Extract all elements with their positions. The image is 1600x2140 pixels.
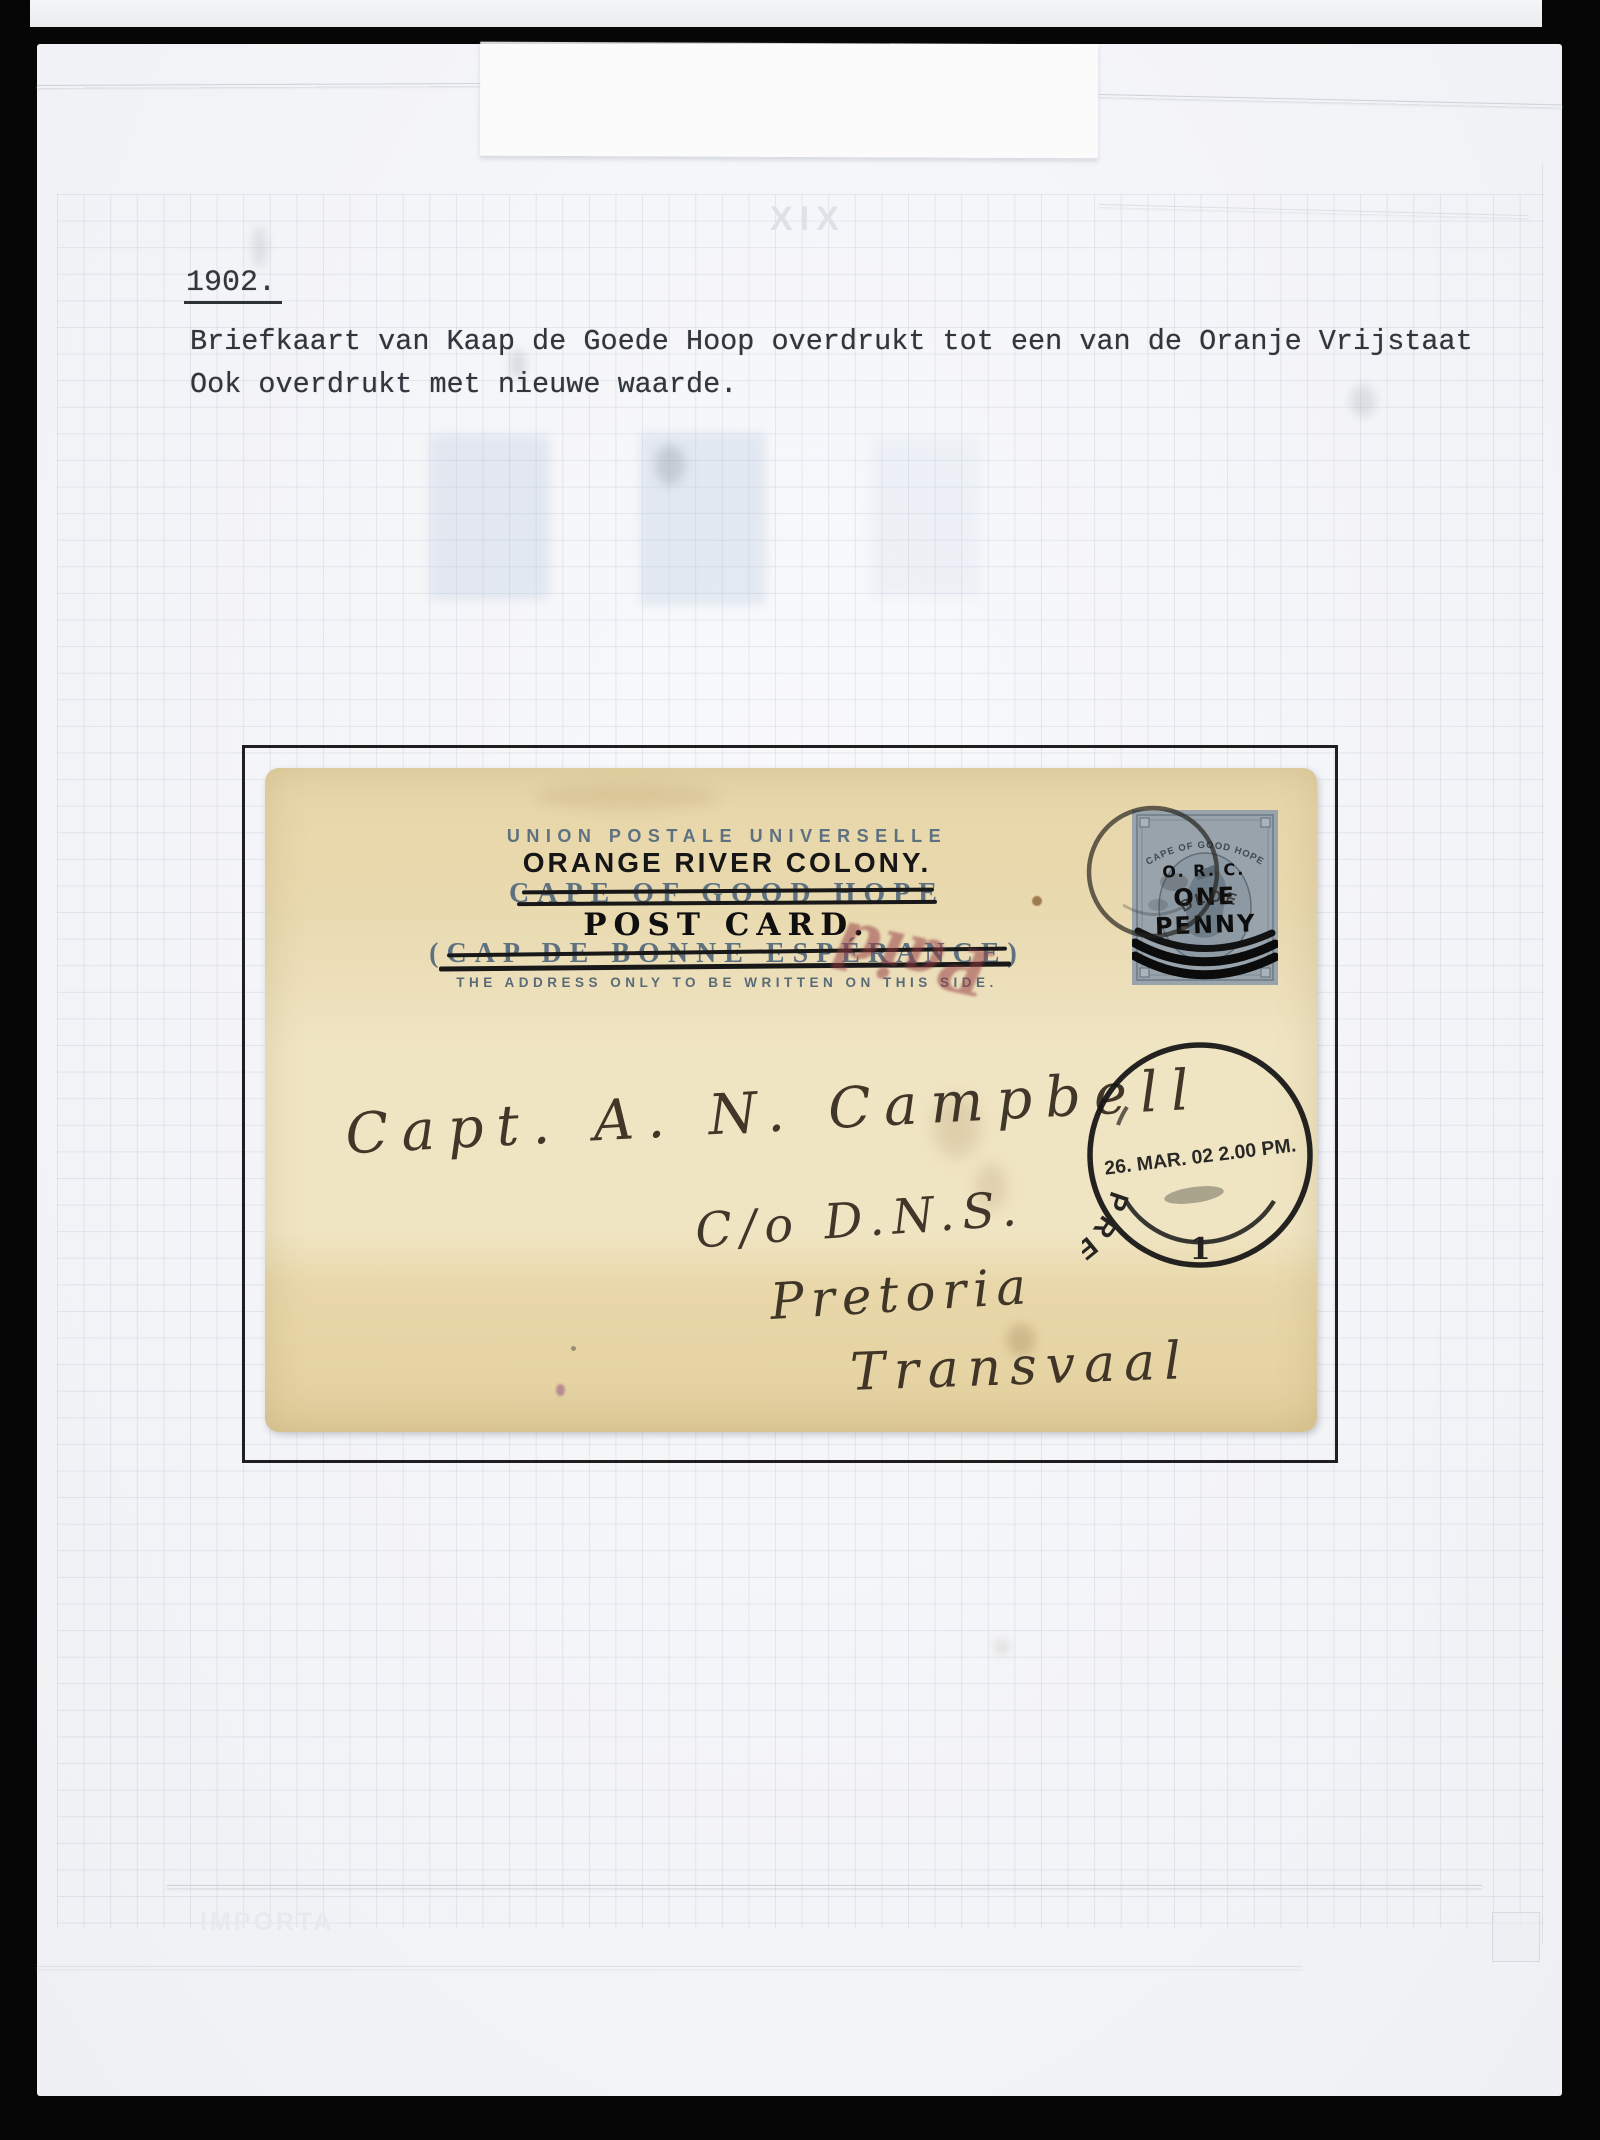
interleaf-edge-right [1099, 94, 1562, 108]
album-page: XIX 1902. Briefkaart van Kaap de Goede H… [37, 44, 1562, 2096]
cds-smudges [1123, 873, 1188, 915]
address-line-3: Pretoria [768, 1257, 1034, 1331]
address-line-1: Capt. A. N. Campbell [344, 1058, 1203, 1168]
card-speck [571, 1346, 576, 1351]
crease-line-upper [167, 1885, 1482, 1888]
svg-text:PRETORIA: PRETORIA [1082, 1167, 1135, 1273]
year-heading: 1902. [184, 266, 282, 304]
postcard: UNION POSTALE UNIVERSELLE ORANGE RIVER C… [265, 768, 1317, 1432]
cds-town-text: BLOEMFONTEIN [1177, 889, 1238, 957]
ghost-numeral: XIX [770, 200, 846, 239]
cds-ring [1089, 808, 1217, 936]
interleaf-edge-center [480, 42, 1098, 160]
page-smudge [655, 445, 685, 485]
page-edge-line [1542, 164, 1543, 1944]
page-smudge [1350, 385, 1376, 417]
address-line-2: C/o D.N.S. [693, 1181, 1026, 1260]
upu-line: UNION POSTALE UNIVERSELLE [367, 826, 1087, 847]
corner-mount-mark [1492, 1912, 1540, 1962]
page-smudge [995, 1640, 1009, 1654]
colony-overprint-line: ORANGE RIVER COLONY. [367, 847, 1087, 879]
show-through-stamp-right [870, 437, 980, 597]
struck-english-line: CAPE OF GOOD HOPE [367, 878, 1087, 910]
scan-background: XIX 1902. Briefkaart van Kaap de Goede H… [0, 0, 1600, 2140]
bloemfontein-postmark: BLOEMFONTEIN [1068, 787, 1238, 957]
description-line-1: Briefkaart van Kaap de Goede Hoop overdr… [190, 325, 1473, 358]
cds-index-numeral: 1 [1190, 1232, 1211, 1267]
stamp-corner-ornament [1140, 968, 1149, 977]
cds-town-arc-text: PRETORIA [1082, 1167, 1135, 1273]
cds-date-text: 26. MAR. 02 2.00 PM. [1103, 1134, 1297, 1179]
stamp-corner-ornament [1261, 968, 1270, 977]
page-smudge [510, 350, 526, 378]
upper-sheet-edge [30, 0, 1542, 27]
stamp-corner-ornament [1261, 818, 1270, 827]
svg-text:BLOEMFONTEIN: BLOEMFONTEIN [1177, 889, 1238, 957]
interleaf-edge-left [37, 83, 480, 88]
address-line-4: Transvaal [849, 1331, 1191, 1403]
page-smudge [252, 226, 267, 268]
page-watermark: IMPORTA [200, 1908, 334, 1937]
crease-line-lower [37, 1966, 1302, 1969]
cds-ink-blot [1163, 1183, 1225, 1207]
pretoria-postmark: PRETORIA 26. MAR. 02 2.00 PM. 1 [1082, 1037, 1318, 1273]
cds-inner-arc-fragment [1118, 1107, 1127, 1125]
description-line-2: Ook overdrukt met nieuwe waarde. [190, 368, 737, 401]
card-ink-spot [556, 1384, 565, 1396]
show-through-stamp-left [430, 435, 550, 600]
